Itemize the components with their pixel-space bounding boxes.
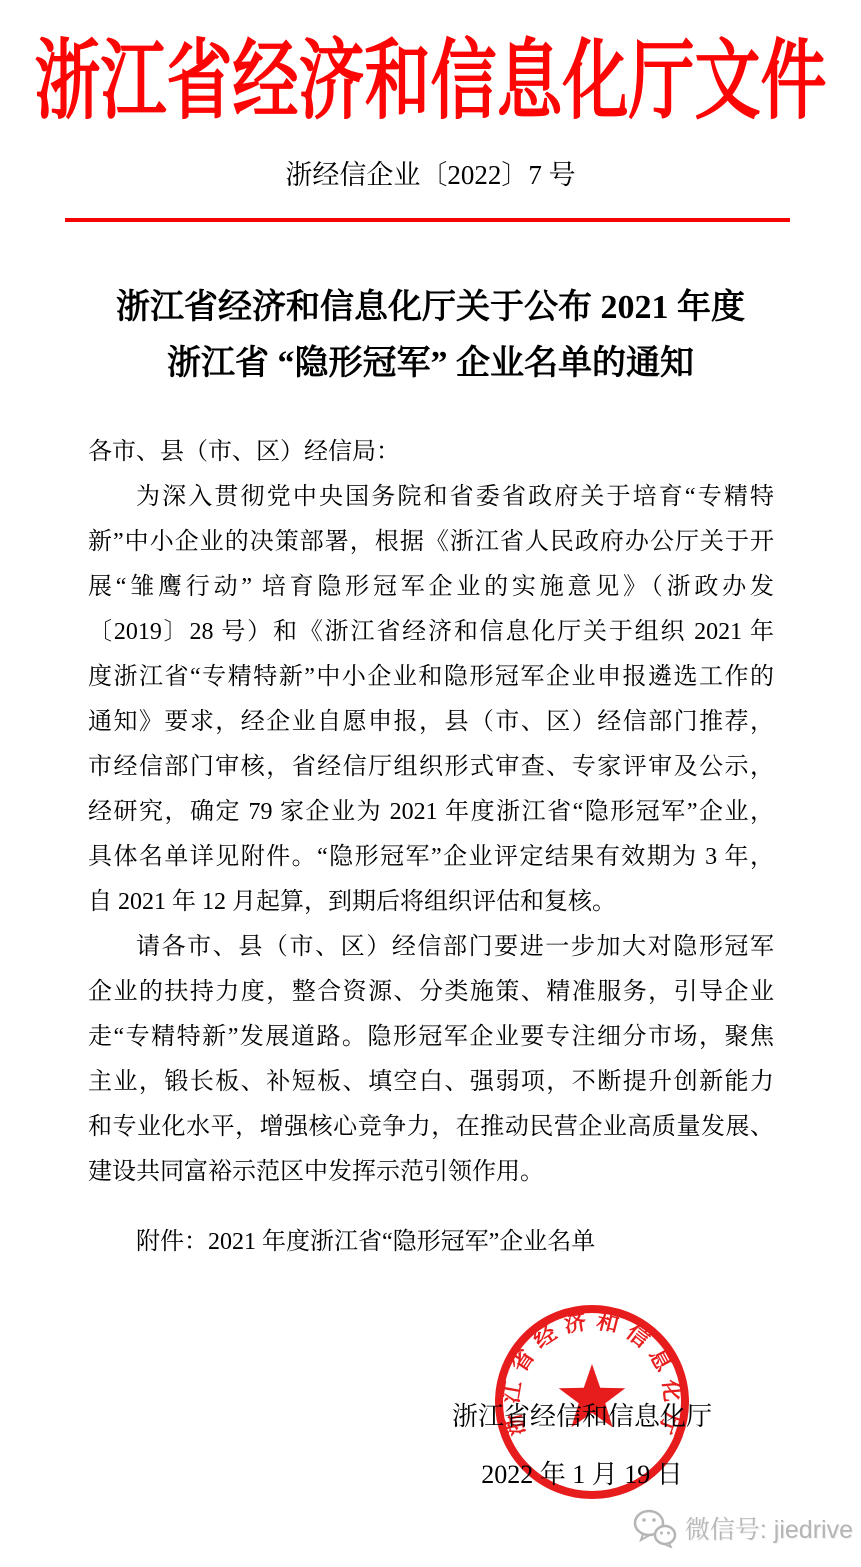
wechat-watermark: 微信号: jiedrive <box>633 1508 853 1548</box>
document-body: 各市、县（市、区）经信局： 为深入贯彻党中央国务院和省委省政府关于培育“专精特 … <box>88 430 774 1265</box>
paragraph1-line: 通知》要求，经企业自愿申报，县（市、区）经信部门推荐， <box>88 700 774 745</box>
wechat-icon <box>633 1508 677 1548</box>
document-title: 浙江省经济和信息化厅关于公布 2021 年度 浙江省 “隐形冠军” 企业名单的通… <box>0 280 861 392</box>
paragraph1-line: 新”中小企业的决策部署，根据《浙江省人民政府办公厅关于开 <box>88 520 774 565</box>
document-number: 浙经信企业〔2022〕7 号 <box>0 153 861 192</box>
paragraph1-line: 展“雏鹰行动” 培育隐形冠军企业的实施意见》（浙政办发 <box>88 565 774 610</box>
document-title-line-1: 浙江省经济和信息化厅关于公布 2021 年度 <box>0 280 861 336</box>
paragraph2-line: 请各市、县（市、区）经信部门要进一步加大对隐形冠军 <box>88 925 774 970</box>
document-page: 浙江省经济和信息化厅文件 浙经信企业〔2022〕7 号 浙江省经济和信息化厅关于… <box>0 0 861 1567</box>
wechat-id-label: 微信号: jiedrive <box>685 1510 853 1546</box>
paragraph1-line: 经研究，确定 79 家企业为 2021 年度浙江省“隐形冠军”企业， <box>88 790 774 835</box>
paragraph2-line: 和专业化水平，增强核心竞争力，在推动民营企业高质量发展、 <box>88 1105 774 1150</box>
document-title-line-2: 浙江省 “隐形冠军” 企业名单的通知 <box>0 336 861 392</box>
red-divider-rule <box>65 218 790 222</box>
paragraph2-line: 走“专精特新”发展道路。隐形冠军企业要专注细分市场，聚焦 <box>88 1015 774 1060</box>
seal-star-icon <box>559 1364 626 1427</box>
paragraph2-line: 企业的扶持力度，整合资源、分类施策、精准服务，引导企业 <box>88 970 774 1015</box>
official-seal: 浙江省经济和信息化厅 <box>492 1302 692 1502</box>
attachment-reference: 附件：2021 年度浙江省“隐形冠军”企业名单 <box>88 1220 774 1265</box>
paragraph1-line: 自 2021 年 12 月起算，到期后将组织评估和复核。 <box>88 880 774 925</box>
letterhead-title: 浙江省经济和信息化厅文件 <box>0 10 861 135</box>
paragraph1-line: 市经信部门审核，省经信厅组织形式审查、专家评审及公示， <box>88 745 774 790</box>
paragraph1-line: 为深入贯彻党中央国务院和省委省政府关于培育“专精特 <box>88 475 774 520</box>
paragraph1-line: 具体名单详见附件。“隐形冠军”企业评定结果有效期为 3 年， <box>88 835 774 880</box>
paragraph1-line: 〔2019〕28 号）和《浙江省经济和信息化厅关于组织 2021 年 <box>88 610 774 655</box>
paragraph2-line: 主业，锻长板、补短板、填空白、强弱项，不断提升创新能力 <box>88 1060 774 1105</box>
paragraph2-line: 建设共同富裕示范区中发挥示范引领作用。 <box>88 1150 774 1195</box>
paragraph1-line: 度浙江省“专精特新”中小企业和隐形冠军企业申报遴选工作的 <box>88 655 774 700</box>
salutation: 各市、县（市、区）经信局： <box>88 430 774 475</box>
